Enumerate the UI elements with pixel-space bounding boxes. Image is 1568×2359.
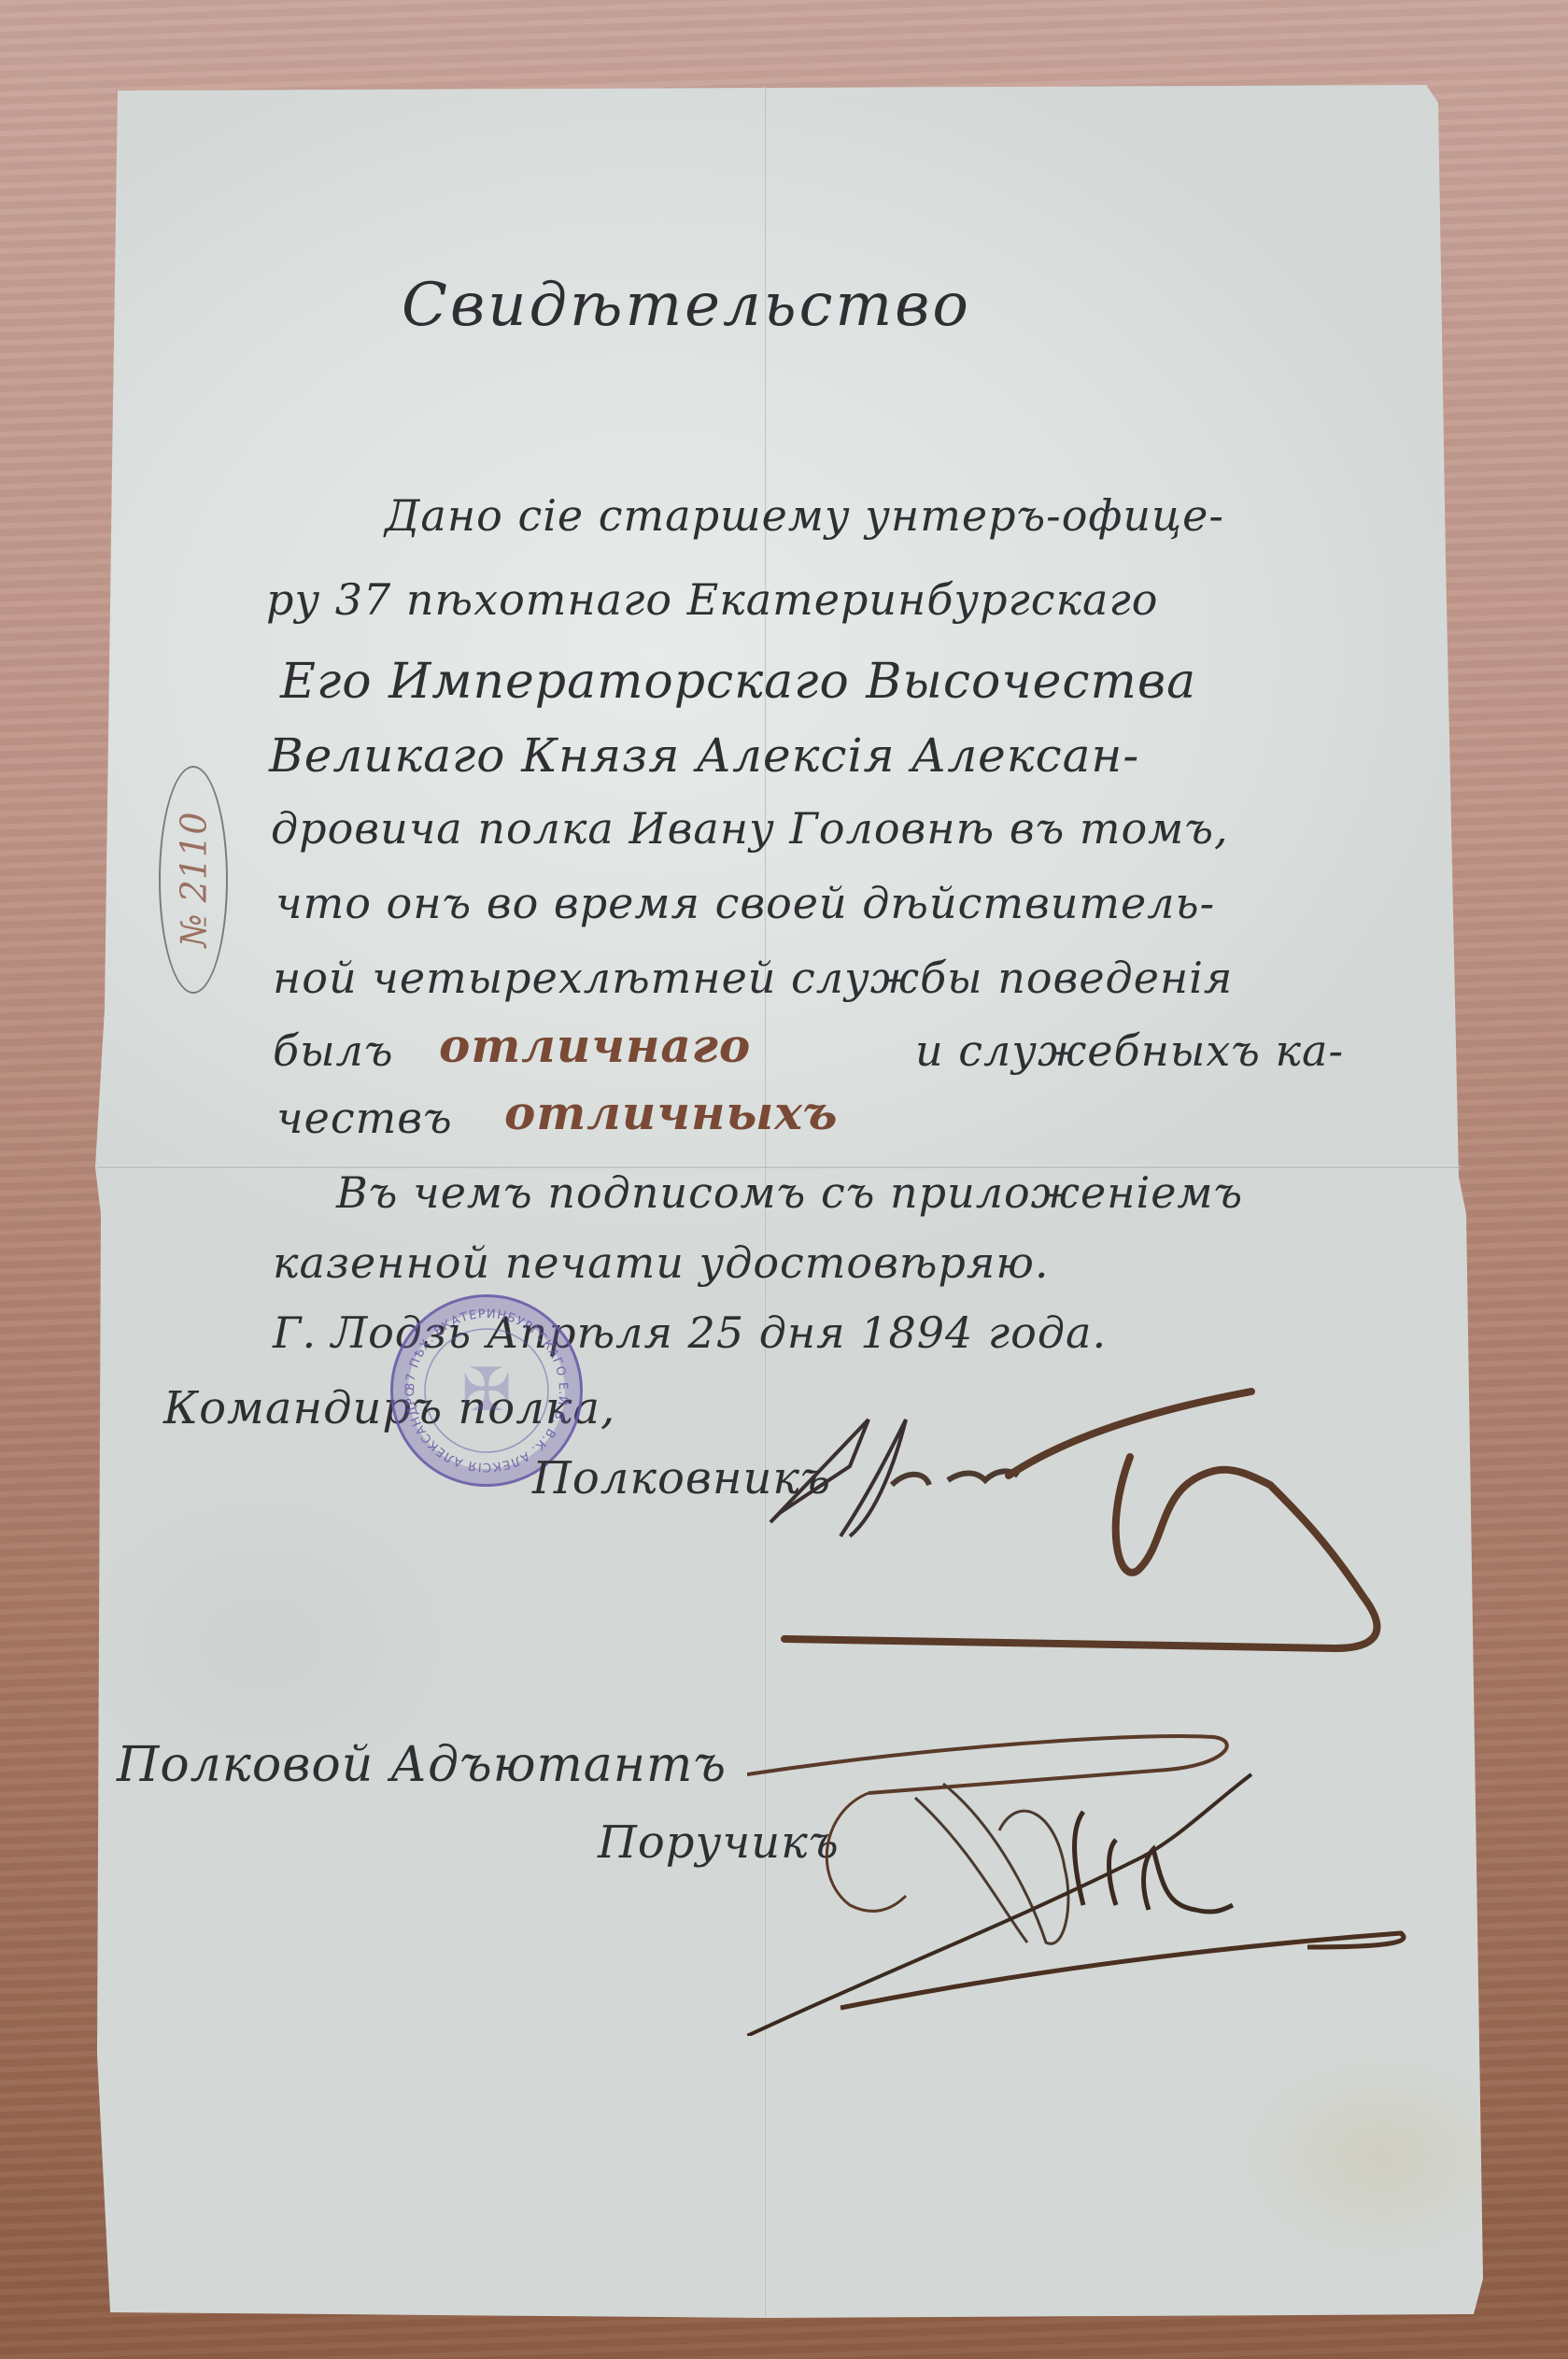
body-line-8-end: и служебныхъ ка-: [915, 1025, 1344, 1076]
body-line-7: ной четырехлѣтней службы поведенія: [273, 953, 1233, 1003]
registration-number: № 2110: [173, 812, 214, 948]
body-line-4: Великаго Князя Алексія Алексан-: [269, 728, 1139, 783]
body-line-5: дровича полка Ивану Головнѣ въ томъ,: [271, 803, 1229, 854]
body-line-3: Его Императорскаго Высочества: [280, 654, 1196, 710]
body-line-1: Дано сіе старшему унтеръ-офице-: [385, 490, 1224, 541]
body-line-2: ру 37 пѣхотнаго Екатеринбургскаго: [266, 574, 1158, 625]
commander-signature-icon: [728, 1382, 1420, 1662]
adjutant-title-line1: Полковой Адъютантъ: [117, 1737, 727, 1793]
margin-registration-note: № 2110: [159, 766, 228, 994]
body-line-6: что онъ во время своей дѣйствитель-: [275, 878, 1215, 928]
body-line-8-start: былъ: [273, 1025, 394, 1076]
body-line-11: казенной печати удостовѣряю.: [273, 1237, 1050, 1288]
qualities-rating-handwritten: отличныхъ: [504, 1085, 838, 1140]
body-line-10: Въ чемъ подписомъ съ приложеніемъ: [336, 1167, 1243, 1218]
body-line-9-start: чествъ: [276, 1093, 453, 1143]
document-title: Свидѣтельство: [402, 271, 971, 340]
double-headed-eagle-emblem-icon: ✠: [449, 1349, 524, 1433]
adjutant-signature-icon: [747, 1718, 1420, 2036]
conduct-rating-handwritten: отличнаго: [439, 1018, 751, 1073]
